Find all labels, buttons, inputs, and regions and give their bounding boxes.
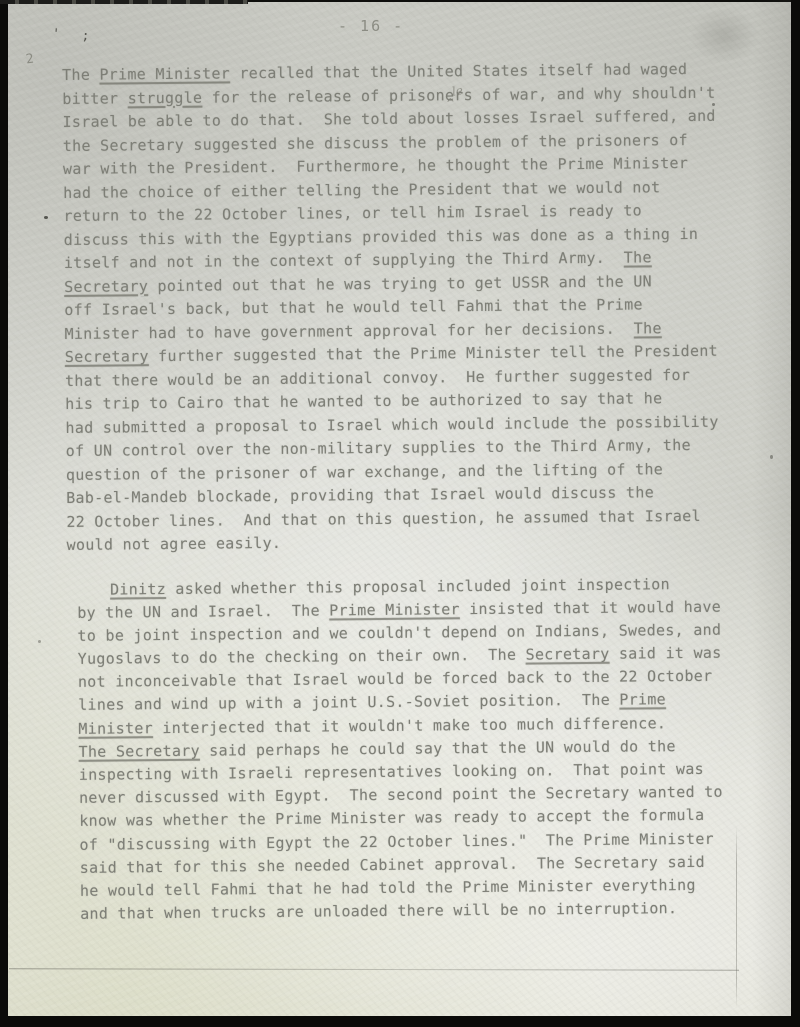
paragraph: Dinitz asked whether this proposal inclu… (77, 572, 776, 926)
page-number: - 16 - (338, 17, 468, 35)
paragraph: The Prime Minister recalled that the Uni… (62, 57, 773, 557)
pencil-underlined-text: Prime Minister (329, 600, 460, 619)
pencil-underlined-text: The (624, 248, 652, 266)
typewritten-text-block: The Prime Minister recalled that the Uni… (62, 57, 776, 926)
ink-speckle (38, 640, 41, 643)
pencil-underlined-text: Prime Minister (99, 64, 230, 83)
pencil-underlined-text: Secretary (525, 645, 609, 664)
pencil-underlined-text: Secretary (64, 277, 148, 296)
pencil-underlined-text: Dinitz (110, 580, 166, 599)
scanned-document-page: - 16 - ' ; 2 ^ le The Prime Minister rec… (0, 0, 800, 1027)
pencil-underlined-text: Prime (619, 691, 666, 709)
scan-edge-top (0, 0, 248, 4)
ink-speckle (44, 216, 48, 219)
stray-pencil-marks: ' ; (52, 26, 97, 44)
pencil-underlined-text: struggle (128, 88, 203, 107)
pencil-underlined-text: The (634, 319, 662, 337)
scan-edge-left (0, 0, 8, 1027)
pencil-underlined-text: Secretary (65, 347, 149, 366)
scan-edge-bottom (0, 1016, 800, 1027)
scan-edge-right (791, 0, 800, 1027)
scan-smudge (690, 8, 760, 63)
pencil-underlined-text: The Secretary (79, 742, 200, 761)
pencil-underlined-text: Minister (78, 719, 153, 738)
